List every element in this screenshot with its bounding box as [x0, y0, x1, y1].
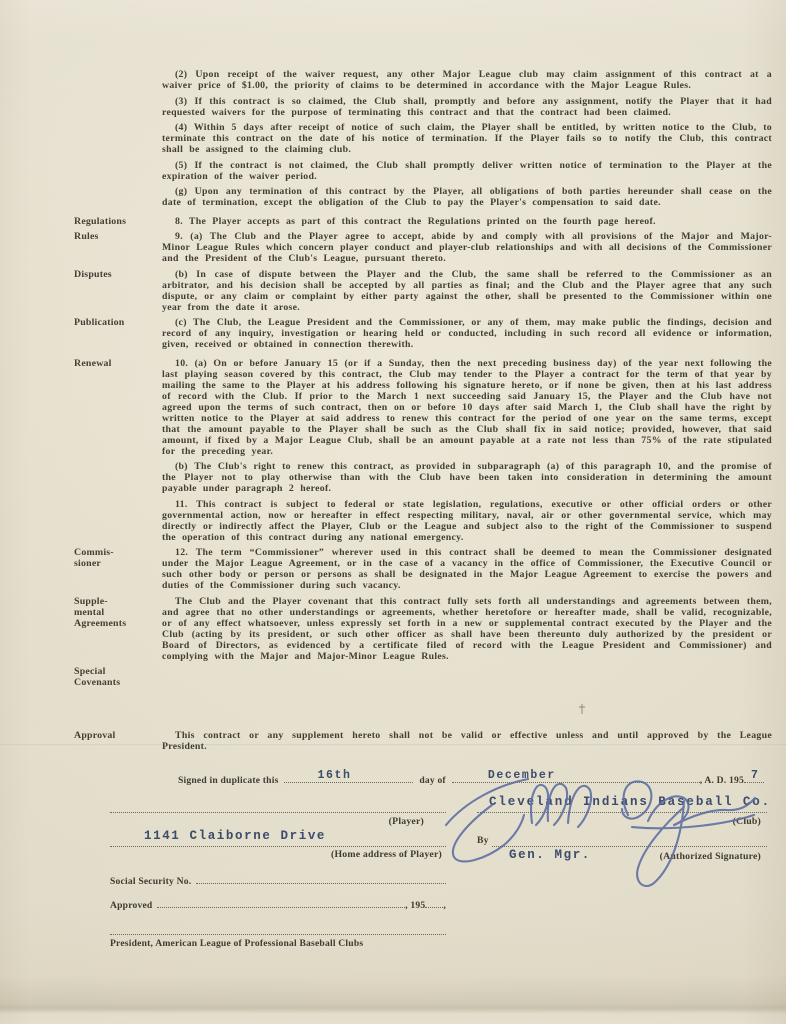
club-line — [477, 811, 767, 813]
contract-paragraph-9a: 9. (a) The Club and the Player agree to … — [162, 231, 772, 264]
club-typed-value: Cleveland Indians Baseball Co. — [489, 795, 771, 809]
contract-paragraph-g: (g) Upon any termination of this contrac… — [162, 186, 772, 208]
margin-label-rules: Rules — [74, 231, 162, 242]
ssn-label: Social Security No. — [110, 876, 191, 887]
ad-195-label: , A. D. 195 — [700, 775, 744, 786]
contract-paragraph-11: 11. This contract is subject to federal … — [162, 499, 772, 543]
margin-label-approval: Approval — [74, 730, 162, 741]
president-signature-line — [110, 933, 446, 935]
margin-label-supplemental-agreements: Supple- mental Agreements — [74, 596, 162, 629]
day-typed-value: 16th — [318, 769, 352, 782]
day-blank-line: 16th — [284, 769, 414, 783]
signature-block: Signed in duplicate this 16th day of Dec… — [74, 759, 772, 973]
margin-label-publication: Publication — [74, 317, 162, 328]
ink-stray-mark — [577, 703, 587, 715]
approved-year-label: , 195 — [405, 900, 425, 911]
ssn-row: Social Security No. — [110, 872, 446, 887]
contract-paragraph-2: (2) Upon receipt of the waiver request, … — [162, 69, 772, 91]
year-blank-line: 7 — [744, 769, 764, 783]
contract-paragraph-9c: (c) The Club, the League President and t… — [162, 317, 772, 350]
contract-paragraph-approval: This contract or any supplement hereto s… — [162, 730, 772, 752]
contract-paragraph-8: 8. The Player accepts as part of this co… — [162, 216, 772, 227]
player-signature-line — [110, 811, 446, 813]
contract-paragraph-12: 12. The term “Commissioner” wherever use… — [162, 547, 772, 591]
contract-paragraph-supplemental: The Club and the Player covenant that th… — [162, 596, 772, 662]
club-caption: (Club) — [733, 816, 761, 827]
ssn-blank-line — [196, 872, 446, 884]
approved-tail-comma: , — [443, 900, 446, 911]
approved-blank-line — [157, 896, 405, 908]
authorized-signature-line — [492, 845, 767, 847]
authorized-signature-caption: (Authorized Signature) — [660, 851, 761, 862]
home-address-typed-value: 1141 Claiborne Drive — [144, 829, 326, 843]
by-label: By — [477, 835, 489, 846]
day-of-label: day of — [419, 775, 446, 786]
margin-label-renewal: Renewal — [74, 358, 162, 369]
gen-mgr-typed-value: Gen. Mgr. — [509, 848, 591, 862]
contract-paragraph-4: (4) Within 5 days after receipt of notic… — [162, 122, 772, 155]
signed-prefix-label: Signed in duplicate this — [178, 775, 279, 786]
approved-row: Approved , 195 , — [110, 896, 446, 911]
contract-body: (2) Upon receipt of the waiver request, … — [74, 69, 772, 973]
home-address-line — [110, 845, 446, 847]
contract-page: (2) Upon receipt of the waiver request, … — [0, 0, 786, 1024]
month-typed-value: December — [488, 769, 556, 782]
contract-paragraph-5: (5) If the contract is not claimed, the … — [162, 160, 772, 182]
approved-label: Approved — [110, 900, 152, 911]
president-caption: President, American League of Profession… — [110, 938, 363, 949]
year-typed-value: 7 — [751, 769, 760, 782]
approved-year-blank — [425, 896, 443, 908]
margin-label-regulations: Regulations — [74, 216, 162, 227]
margin-label-commissioner: Commis- sioner — [74, 547, 162, 569]
contract-paragraph-9b: (b) In case of dispute between the Playe… — [162, 269, 772, 313]
contract-paragraph-3: (3) If this contract is so claimed, the … — [162, 96, 772, 118]
month-blank-line: December — [452, 769, 700, 783]
margin-label-disputes: Disputes — [74, 269, 162, 280]
player-caption: (Player) — [389, 816, 424, 827]
home-address-caption: (Home address of Player) — [331, 849, 442, 860]
contract-paragraph-10b: (b) The Club's right to renew this contr… — [162, 461, 772, 494]
margin-label-special-covenants: Special Covenants — [74, 666, 162, 688]
signed-date-line: Signed in duplicate this 16th day of Dec… — [178, 769, 764, 786]
contract-paragraph-10a: 10. (a) On or before January 15 (or if a… — [162, 358, 772, 457]
